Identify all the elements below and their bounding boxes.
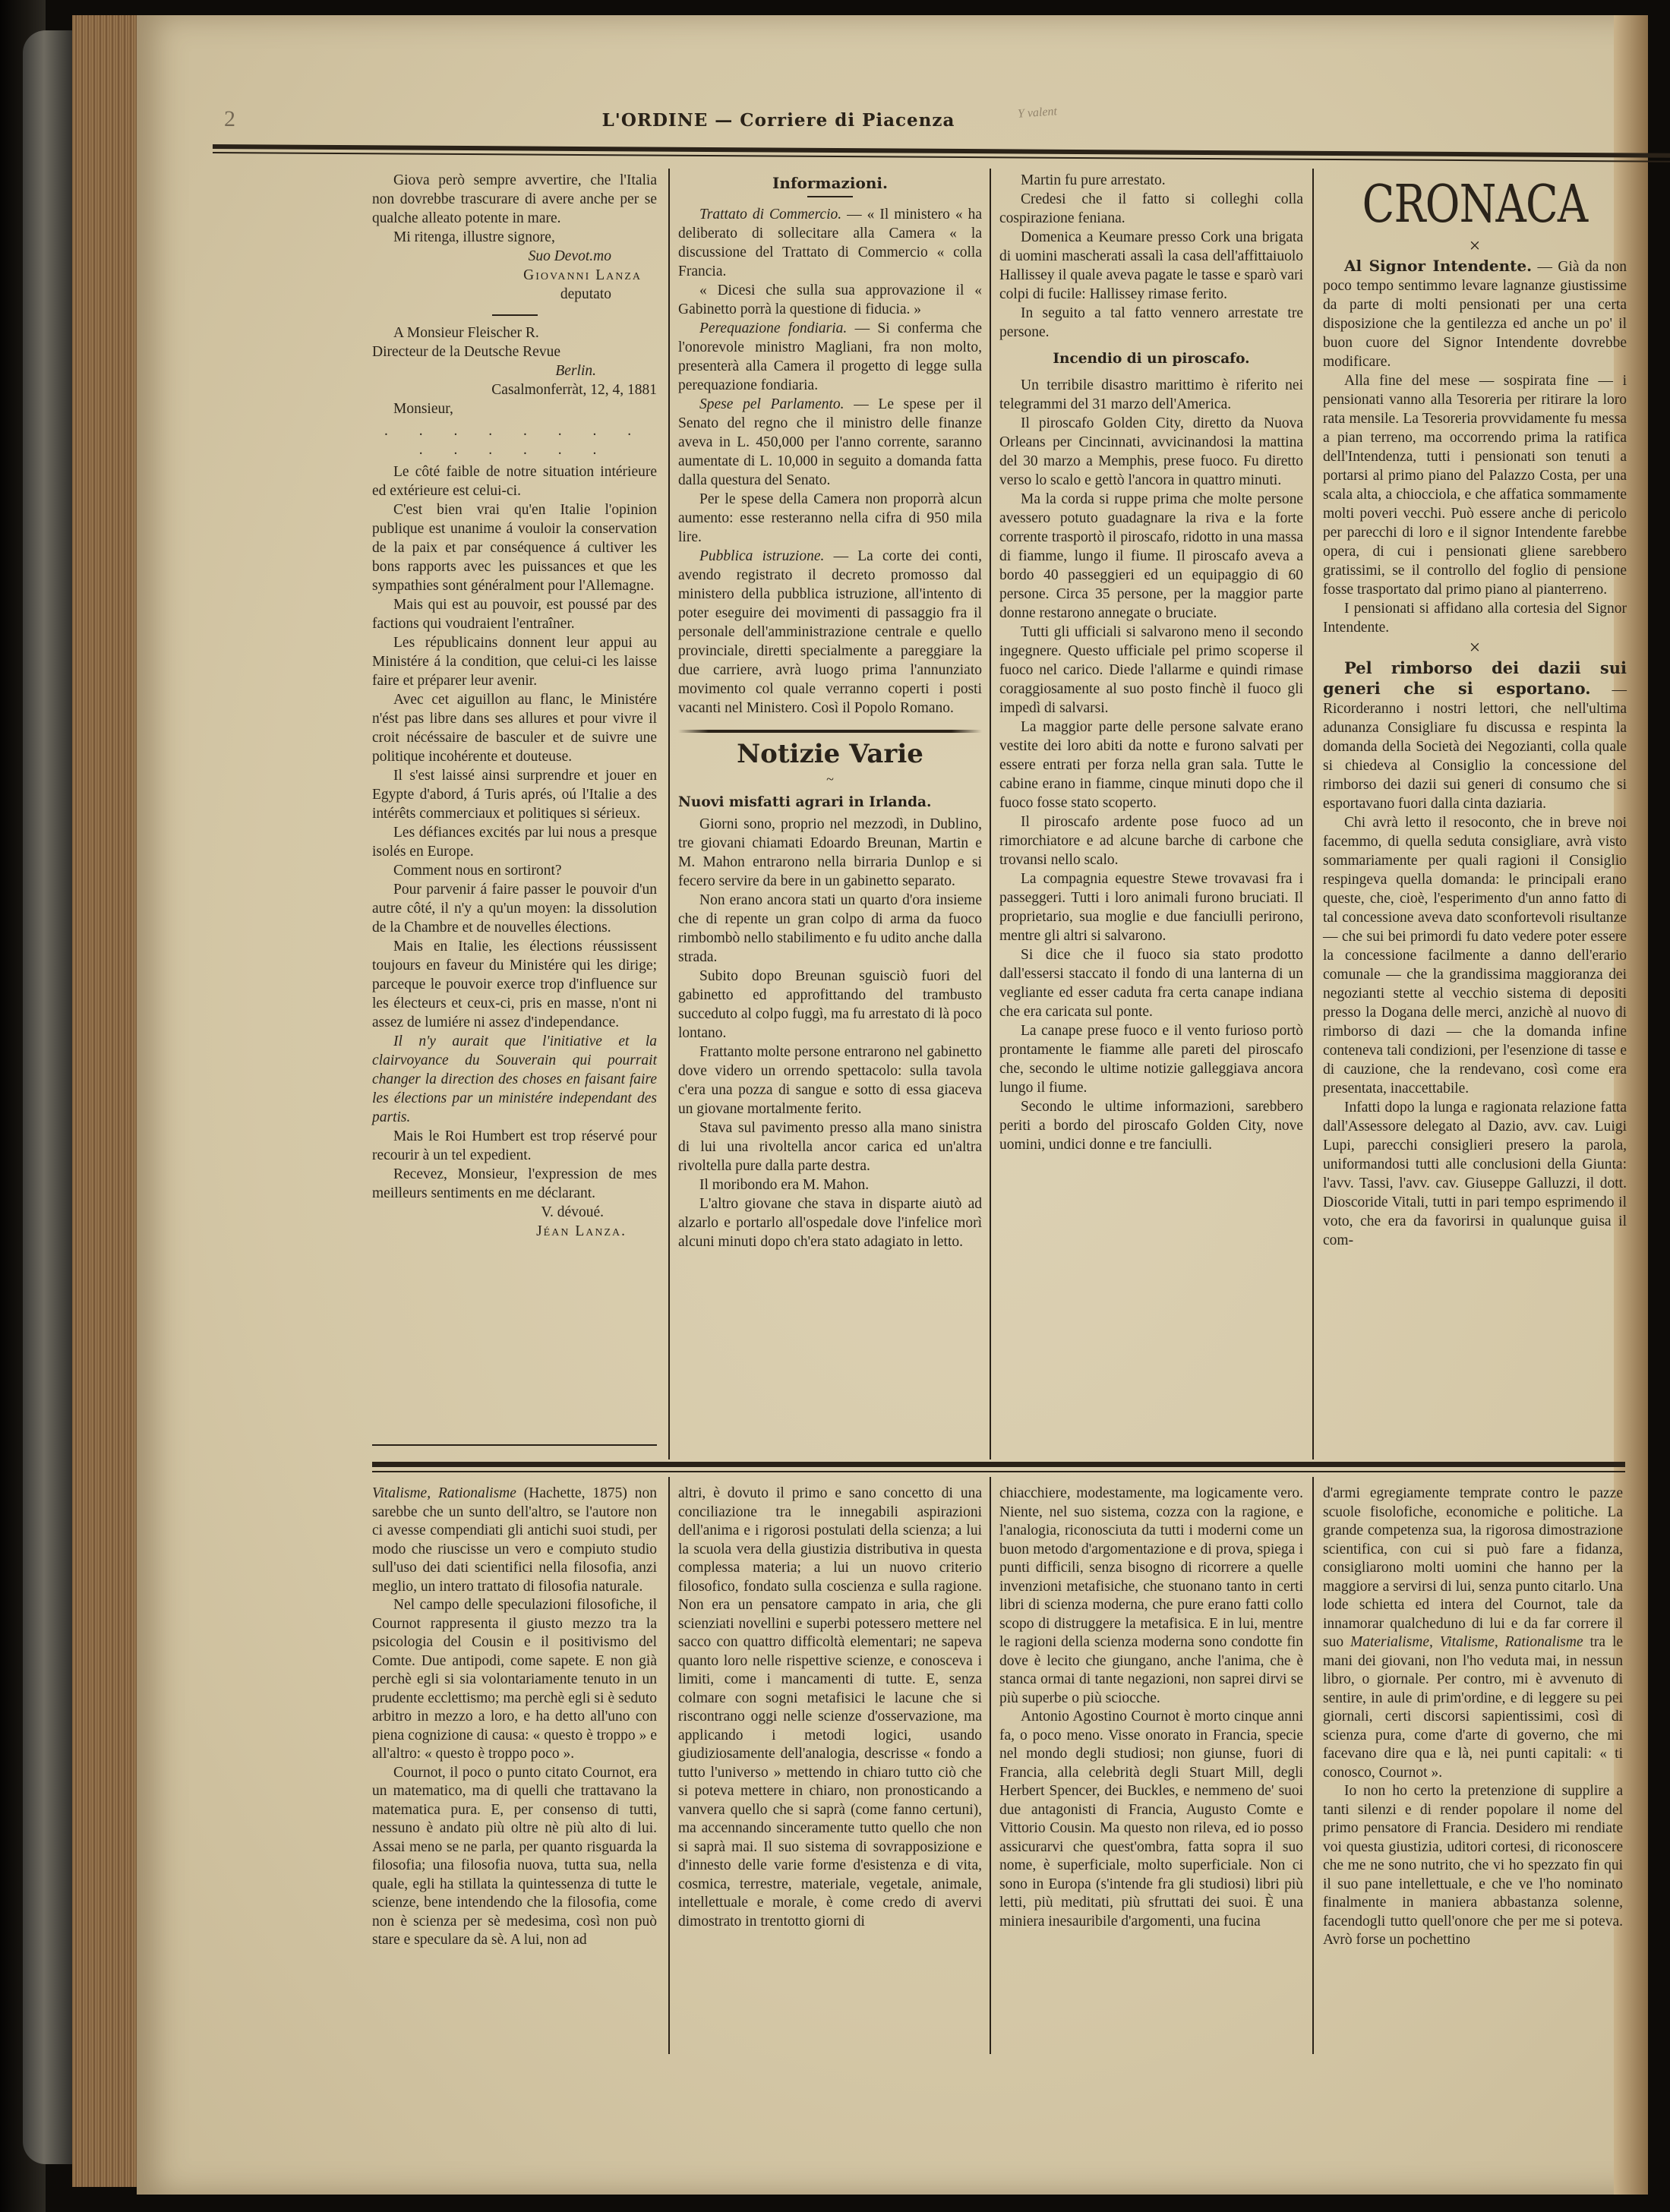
divider: [807, 196, 853, 197]
news-item: Perequazione fondiaria. — Si conferma ch…: [678, 319, 982, 395]
paragraph: chiacchiere, modestamente, ma logicament…: [999, 1485, 1303, 1708]
feuilleton-rule-thick: [372, 1462, 1625, 1467]
paragraph: Avec cet aiguillon au flanc, le Ministér…: [372, 690, 657, 766]
flourish-ornament: ~: [678, 768, 982, 790]
section-title-cronaca: CRONACA: [1350, 175, 1599, 235]
column-divider: [668, 1477, 670, 2054]
letter-greeting: Monsieur,: [372, 399, 657, 418]
stacked-page-edges: [72, 15, 140, 2187]
paragraph: Tutti gli ufficiali si salvarono meno il…: [999, 623, 1303, 718]
paragraph: Il s'est laissé ainsi surprendre et joue…: [372, 766, 657, 823]
news-item: Pubblica istruzione. — La corte dei cont…: [678, 547, 982, 718]
signature-title: deputato: [372, 285, 657, 304]
closing-signature: Jéan Lanza.: [372, 1222, 657, 1241]
paragraph: Antonio Agostino Cournot è morto cinque …: [999, 1708, 1303, 1931]
paragraph: La maggior parte delle persone salvate e…: [999, 718, 1303, 813]
separator-mark: ×: [1323, 637, 1627, 658]
paragraph: Martin fu pure arrestato.: [999, 171, 1303, 190]
paragraph: d'armi egregiamente temprate contro le p…: [1323, 1485, 1623, 1782]
paragraph: Les républicains donnent leur appui au M…: [372, 633, 657, 690]
divider: [492, 314, 538, 316]
separator-mark: ×: [1323, 235, 1627, 257]
paragraph: Vitalisme, Rationalisme (Hachette, 1875)…: [372, 1485, 657, 1596]
section-heading-informazioni: Informazioni.: [678, 174, 982, 193]
closing-line: V. dévoué.: [372, 1203, 657, 1222]
feuilleton-column-2: altri, è dovuto il primo e sano concetto…: [678, 1485, 982, 1931]
address-line: Berlin.: [372, 361, 657, 380]
paragraph: Credesi che il fatto si colleghi colla c…: [999, 190, 1303, 228]
paragraph: Infatti dopo la lunga e ragionata relazi…: [1323, 1098, 1627, 1250]
paragraph: Domenica a Keumare presso Cork una briga…: [999, 228, 1303, 304]
column-1-letter: Giova però sempre avvertire, che l'Itali…: [372, 171, 657, 1241]
news-item: Per le spese della Camera non proporrà a…: [678, 490, 982, 547]
paragraph: Mais qui est au pouvoir, est poussé par …: [372, 595, 657, 633]
paragraph: Alla fine del mese — sospirata fine — i …: [1323, 371, 1627, 599]
paragraph: L'altro giovane che stava in disparte ai…: [678, 1194, 982, 1251]
feuilleton-column-4: d'armi egregiamente temprate contro le p…: [1323, 1485, 1623, 1950]
article-subheading: Incendio di un piroscafo.: [999, 349, 1303, 368]
paragraph: Si dice che il fuoco sia stato prodotto …: [999, 945, 1303, 1021]
column-divider: [990, 169, 991, 1459]
section-heading-notizie-varie: Notizie Varie: [678, 745, 982, 764]
paragraph: Non erano ancora stati un quarto d'ora i…: [678, 891, 982, 967]
paragraph: Frattanto molte persone entrarono nel ga…: [678, 1043, 982, 1119]
paragraph: Recevez, Monsieur, l'expression de mes m…: [372, 1165, 657, 1203]
news-item: « Dicesi che sulla sua approvazione il «…: [678, 281, 982, 319]
feuilleton-column-3: chiacchiere, modestamente, ma logicament…: [999, 1485, 1303, 1931]
address-line: A Monsieur Fleischer R.: [372, 323, 657, 342]
paragraph: Il piroscafo ardente pose fuoco ad un ri…: [999, 813, 1303, 869]
binding-clip: [23, 30, 76, 2164]
paragraph: Les défiances excités par lui nous a pre…: [372, 823, 657, 861]
paragraph: Giova però sempre avvertire, che l'Itali…: [372, 171, 657, 228]
paragraph: Il n'y aurait que l'initiative et la cla…: [372, 1032, 657, 1127]
paragraph: Le côté faible de notre situation intéri…: [372, 462, 657, 500]
ellipsis-dots: . . . . . . . . . . . . . .: [372, 421, 657, 459]
column-2-informazioni: Informazioni. Trattato di Commercio. — «…: [678, 171, 982, 1251]
paragraph: Stava sul pavimento presso alla mano sin…: [678, 1119, 982, 1175]
paragraph: C'est bien vrai qu'en Italie l'opinion p…: [372, 500, 657, 595]
paragraph: La compagnia equestre Stewe trovavasi fr…: [999, 869, 1303, 945]
paragraph: Giorni sono, proprio nel mezzodì, in Dub…: [678, 815, 982, 891]
paragraph: Ma la corda si ruppe prima che molte per…: [999, 490, 1303, 623]
article-rimborso-dazii: Pel rimborso dei dazii sui generi che si…: [1323, 658, 1627, 813]
paragraph: Secondo le ultime informazioni, sarebber…: [999, 1097, 1303, 1154]
feuilleton-column-1: Vitalisme, Rationalisme (Hachette, 1875)…: [372, 1485, 657, 1950]
paragraph: Mais en Italie, les élections réussissen…: [372, 937, 657, 1032]
paragraph: Nel campo delle speculazioni filosofiche…: [372, 1596, 657, 1764]
paragraph: Chi avrà letto il resoconto, che in brev…: [1323, 813, 1627, 1098]
signature-salutation: Suo Devot.mo: [372, 247, 657, 266]
column-divider: [1312, 169, 1314, 1459]
article-al-signor-intendente: Al Signor Intendente. — Già da non poco …: [1323, 257, 1627, 371]
paragraph: Mi ritenga, illustre signore,: [372, 228, 657, 247]
letter-date: Casalmonferràt, 12, 4, 1881: [372, 380, 657, 399]
paragraph: Un terribile disastro marittimo è riferi…: [999, 376, 1303, 414]
article-subheading: Nuovi misfatti agrari in Irlanda.: [678, 793, 982, 812]
paragraph: In seguito a tal fatto vennero arrestate…: [999, 304, 1303, 342]
column-4-cronaca: CRONACA × Al Signor Intendente. — Già da…: [1323, 175, 1627, 1250]
feuilleton-rule-thin: [372, 1471, 1625, 1472]
paragraph: altri, è dovuto il primo e sano concetto…: [678, 1485, 982, 1931]
ornamental-rule: [678, 730, 982, 733]
paragraph: Il piroscafo Golden City, diretto da Nuo…: [999, 414, 1303, 490]
news-item: Trattato di Commercio. — « Il ministero …: [678, 205, 982, 281]
paragraph: Comment nous en sortiront?: [372, 861, 657, 880]
paragraph: Subito dopo Breunan sguisciò fuori del g…: [678, 967, 982, 1043]
column-divider: [668, 169, 670, 1459]
paragraph: I pensionati si affidano alla cortesia d…: [1323, 599, 1627, 637]
address-line: Directeur de la Deutsche Revue: [372, 342, 657, 361]
section-rule: [372, 1444, 657, 1446]
news-item: Spese pel Parlamento. — Le spese per il …: [678, 395, 982, 490]
column-3-news: Martin fu pure arrestato. Credesi che il…: [999, 171, 1303, 1154]
paragraph: Mais le Roi Humbert est trop réservé pou…: [372, 1127, 657, 1165]
paragraph: Pour parvenir á faire passer le pouvoir …: [372, 880, 657, 937]
masthead: L'ORDINE — Corriere di Piacenza: [228, 110, 1329, 131]
signature-name: Giovanni Lanza: [372, 266, 657, 285]
paragraph: La canape prese fuoco e il vento furioso…: [999, 1021, 1303, 1097]
paragraph: Cournot, il poco o punto citato Cournot,…: [372, 1764, 657, 1950]
column-divider: [1312, 1477, 1314, 2054]
paragraph: Il moribondo era M. Mahon.: [678, 1175, 982, 1194]
paragraph: Io non ho certo la pretenzione di suppli…: [1323, 1782, 1623, 1950]
column-divider: [990, 1477, 991, 2054]
